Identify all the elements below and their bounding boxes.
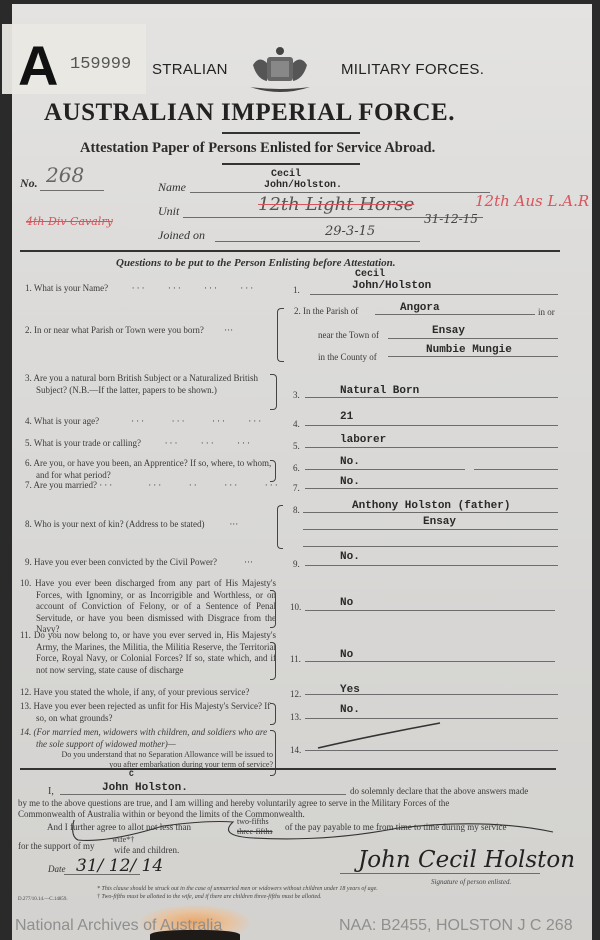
name-insert: Cecil <box>271 169 301 180</box>
question-10-bracket <box>270 590 276 628</box>
question-7: 7. Are you married? ··· ··· ·· ··· ··· <box>25 480 280 492</box>
joined-label: Joined on <box>158 228 205 243</box>
county-label: in the County of <box>318 352 377 364</box>
question-4: 4. What is your age? ··· ··· ··· ··· <box>25 416 263 428</box>
unit-red-annotation: 12th Aus L.A.R <box>475 192 589 210</box>
declaration-name-line <box>60 794 346 795</box>
question-13-bracket <box>270 703 276 725</box>
answer-3: Natural Born <box>340 385 419 397</box>
answer-11: No <box>340 649 353 661</box>
answer-5: laborer <box>340 434 386 446</box>
footnote-1: * This clause should be struck out in th… <box>97 886 378 892</box>
question-11: 11. Do you now belong to, or have you ev… <box>20 630 276 676</box>
question-2-bracket <box>277 308 284 362</box>
answer-5-number: 5. <box>293 441 300 453</box>
watermark-left: National Archives of Australia <box>15 917 222 935</box>
question-3: 3. Are you a natural born British Subjec… <box>25 373 275 396</box>
date-value: 31/ 12/ 14 <box>76 856 163 876</box>
signature: John Cecil Holston <box>358 847 575 873</box>
questions-heading: Questions to be put to the Person Enlist… <box>116 257 396 269</box>
signature-line <box>340 873 540 874</box>
parish-label: 2. In the Parish of <box>294 306 358 318</box>
answer-9: No. <box>340 551 360 563</box>
print-code: D.277/10.14.—C.14859. <box>18 897 68 902</box>
joined-line <box>215 241 420 242</box>
answer-10-number: 10. <box>290 602 301 614</box>
declaration-rule <box>20 768 556 770</box>
answer-10-line <box>305 610 555 611</box>
parish-line <box>375 314 535 315</box>
section-rule <box>20 250 560 252</box>
answer-13: No. <box>340 704 360 716</box>
answer-7: No. <box>340 476 360 488</box>
answer-8-line-2 <box>303 529 558 530</box>
question-1: 1. What is your Name? ··· ··· ··· ··· <box>25 283 255 295</box>
unit-value: 12th Light Horse <box>258 194 414 215</box>
town-value: Ensay <box>432 325 465 337</box>
answer-1-line <box>310 294 558 295</box>
answer-14-dash-mark <box>315 720 445 752</box>
document-subtitle: Attestation Paper of Persons Enlisted fo… <box>80 140 435 157</box>
joined-value: 29-3-15 <box>325 224 375 239</box>
answer-8: Anthony Holston (father) <box>352 500 510 512</box>
answer-11-number: 11. <box>290 654 301 666</box>
answer-4: 21 <box>340 411 353 423</box>
declaration-name: John Holston. <box>102 782 188 794</box>
question-12: 12. Have you stated the whole, if any, o… <box>20 687 249 699</box>
parish-value: Angora <box>400 302 440 314</box>
name-line <box>190 192 490 193</box>
town-line <box>388 338 558 339</box>
answer-9-number: 9. <box>293 559 300 571</box>
answer-1: John/Holston <box>352 280 431 292</box>
question-14: 14. (For married men, widowers with chil… <box>20 727 276 750</box>
question-8-bracket <box>277 505 283 549</box>
watermark-right: NAA: B2455, HOLSTON J C 268 <box>339 917 573 935</box>
regimental-number: 268 <box>46 163 84 187</box>
answer-14-number: 14. <box>290 745 301 757</box>
question-9: 9. Have you ever been convicted by the C… <box>25 557 253 569</box>
wife-insert: wife*† <box>112 834 134 846</box>
question-6: 6. Are you, or have you been, an Apprent… <box>25 458 275 481</box>
question-13: 13. Have you ever been rejected as unfit… <box>20 701 276 724</box>
title-rule <box>222 132 360 134</box>
coat-of-arms-icon <box>245 45 315 97</box>
answer-1-insert: Cecil <box>355 269 385 280</box>
answer-6-number: 6. <box>293 463 300 475</box>
answer-13-number: 13. <box>290 712 301 724</box>
question-14-detail: Do you understand that no Separation All… <box>58 750 273 770</box>
support-text-a: for the support of my <box>18 841 95 853</box>
subtitle-rule <box>222 163 360 165</box>
question-5: 5. What is your trade or calling? ··· ··… <box>25 438 252 450</box>
answer-10: No <box>340 597 353 609</box>
question-3-bracket <box>270 374 277 410</box>
answer-4-number: 4. <box>293 419 300 431</box>
unit-label: Unit <box>158 204 179 219</box>
answer-5-line <box>305 447 558 448</box>
answer-12-number: 12. <box>290 689 301 701</box>
declaration-pronoun: I, <box>48 786 54 798</box>
declaration-line-2: by me to the above questions are true, a… <box>18 798 449 810</box>
question-6-bracket <box>270 460 276 482</box>
county-line <box>388 356 558 357</box>
name-label: Name <box>158 180 186 195</box>
answer-8-address: Ensay <box>423 516 456 528</box>
answer-8-line-3 <box>303 546 558 547</box>
answer-6-line-2 <box>474 469 558 470</box>
name-value: John/Holston. <box>264 180 342 191</box>
footnote-2: † Two-fifths must be allotted to the wif… <box>97 894 322 900</box>
in-or-label: in or <box>538 307 555 319</box>
question-2: 2. In or near what Parish or Town were y… <box>25 325 233 337</box>
answer-8-line <box>303 512 558 513</box>
signature-caption: Signature of person enlisted. <box>431 878 511 886</box>
support-text-b: wife and children. <box>114 845 179 857</box>
answer-12: Yes <box>340 684 360 696</box>
answer-7-number: 7. <box>293 483 300 495</box>
declaration-insert: C <box>129 770 134 779</box>
document-title: AUSTRALIAN IMPERIAL FORCE. <box>44 99 455 127</box>
date-label: Date <box>48 864 66 874</box>
town-label: near the Town of <box>318 330 379 342</box>
stamp-number: 159999 <box>70 55 131 74</box>
stamp-letter: A <box>18 38 58 94</box>
question-10: 10. Have you ever been discharged from a… <box>20 578 276 636</box>
answer-1-number: 1. <box>293 285 300 297</box>
no-line <box>40 190 104 191</box>
county-value: Numbie Mungie <box>426 344 512 356</box>
crossed-red-annotation: 4th Div Cavalry <box>26 215 113 228</box>
answer-6: No. <box>340 456 360 468</box>
answer-7-line <box>305 488 558 489</box>
question-11-bracket <box>270 642 276 680</box>
question-8: 8. Who is your next of kin? (Address to … <box>25 519 238 531</box>
header-right-text: MILITARY FORCES. <box>341 61 484 78</box>
answer-4-line <box>305 425 558 426</box>
answer-13-line <box>305 718 558 719</box>
strike-through-scribble <box>68 818 558 846</box>
answer-6-line <box>305 469 465 470</box>
answer-9-line <box>305 565 558 566</box>
no-label: No. <box>20 176 38 191</box>
joined-value-2: 31-12-15 <box>424 212 478 226</box>
declaration-line-1: do solemnly declare that the above answe… <box>350 786 528 798</box>
answer-11-line <box>305 661 555 662</box>
answer-8-number: 8. <box>293 505 300 517</box>
answer-3-line <box>305 397 558 398</box>
header-left-text: STRALIAN <box>152 61 228 78</box>
answer-3-number: 3. <box>293 390 300 402</box>
